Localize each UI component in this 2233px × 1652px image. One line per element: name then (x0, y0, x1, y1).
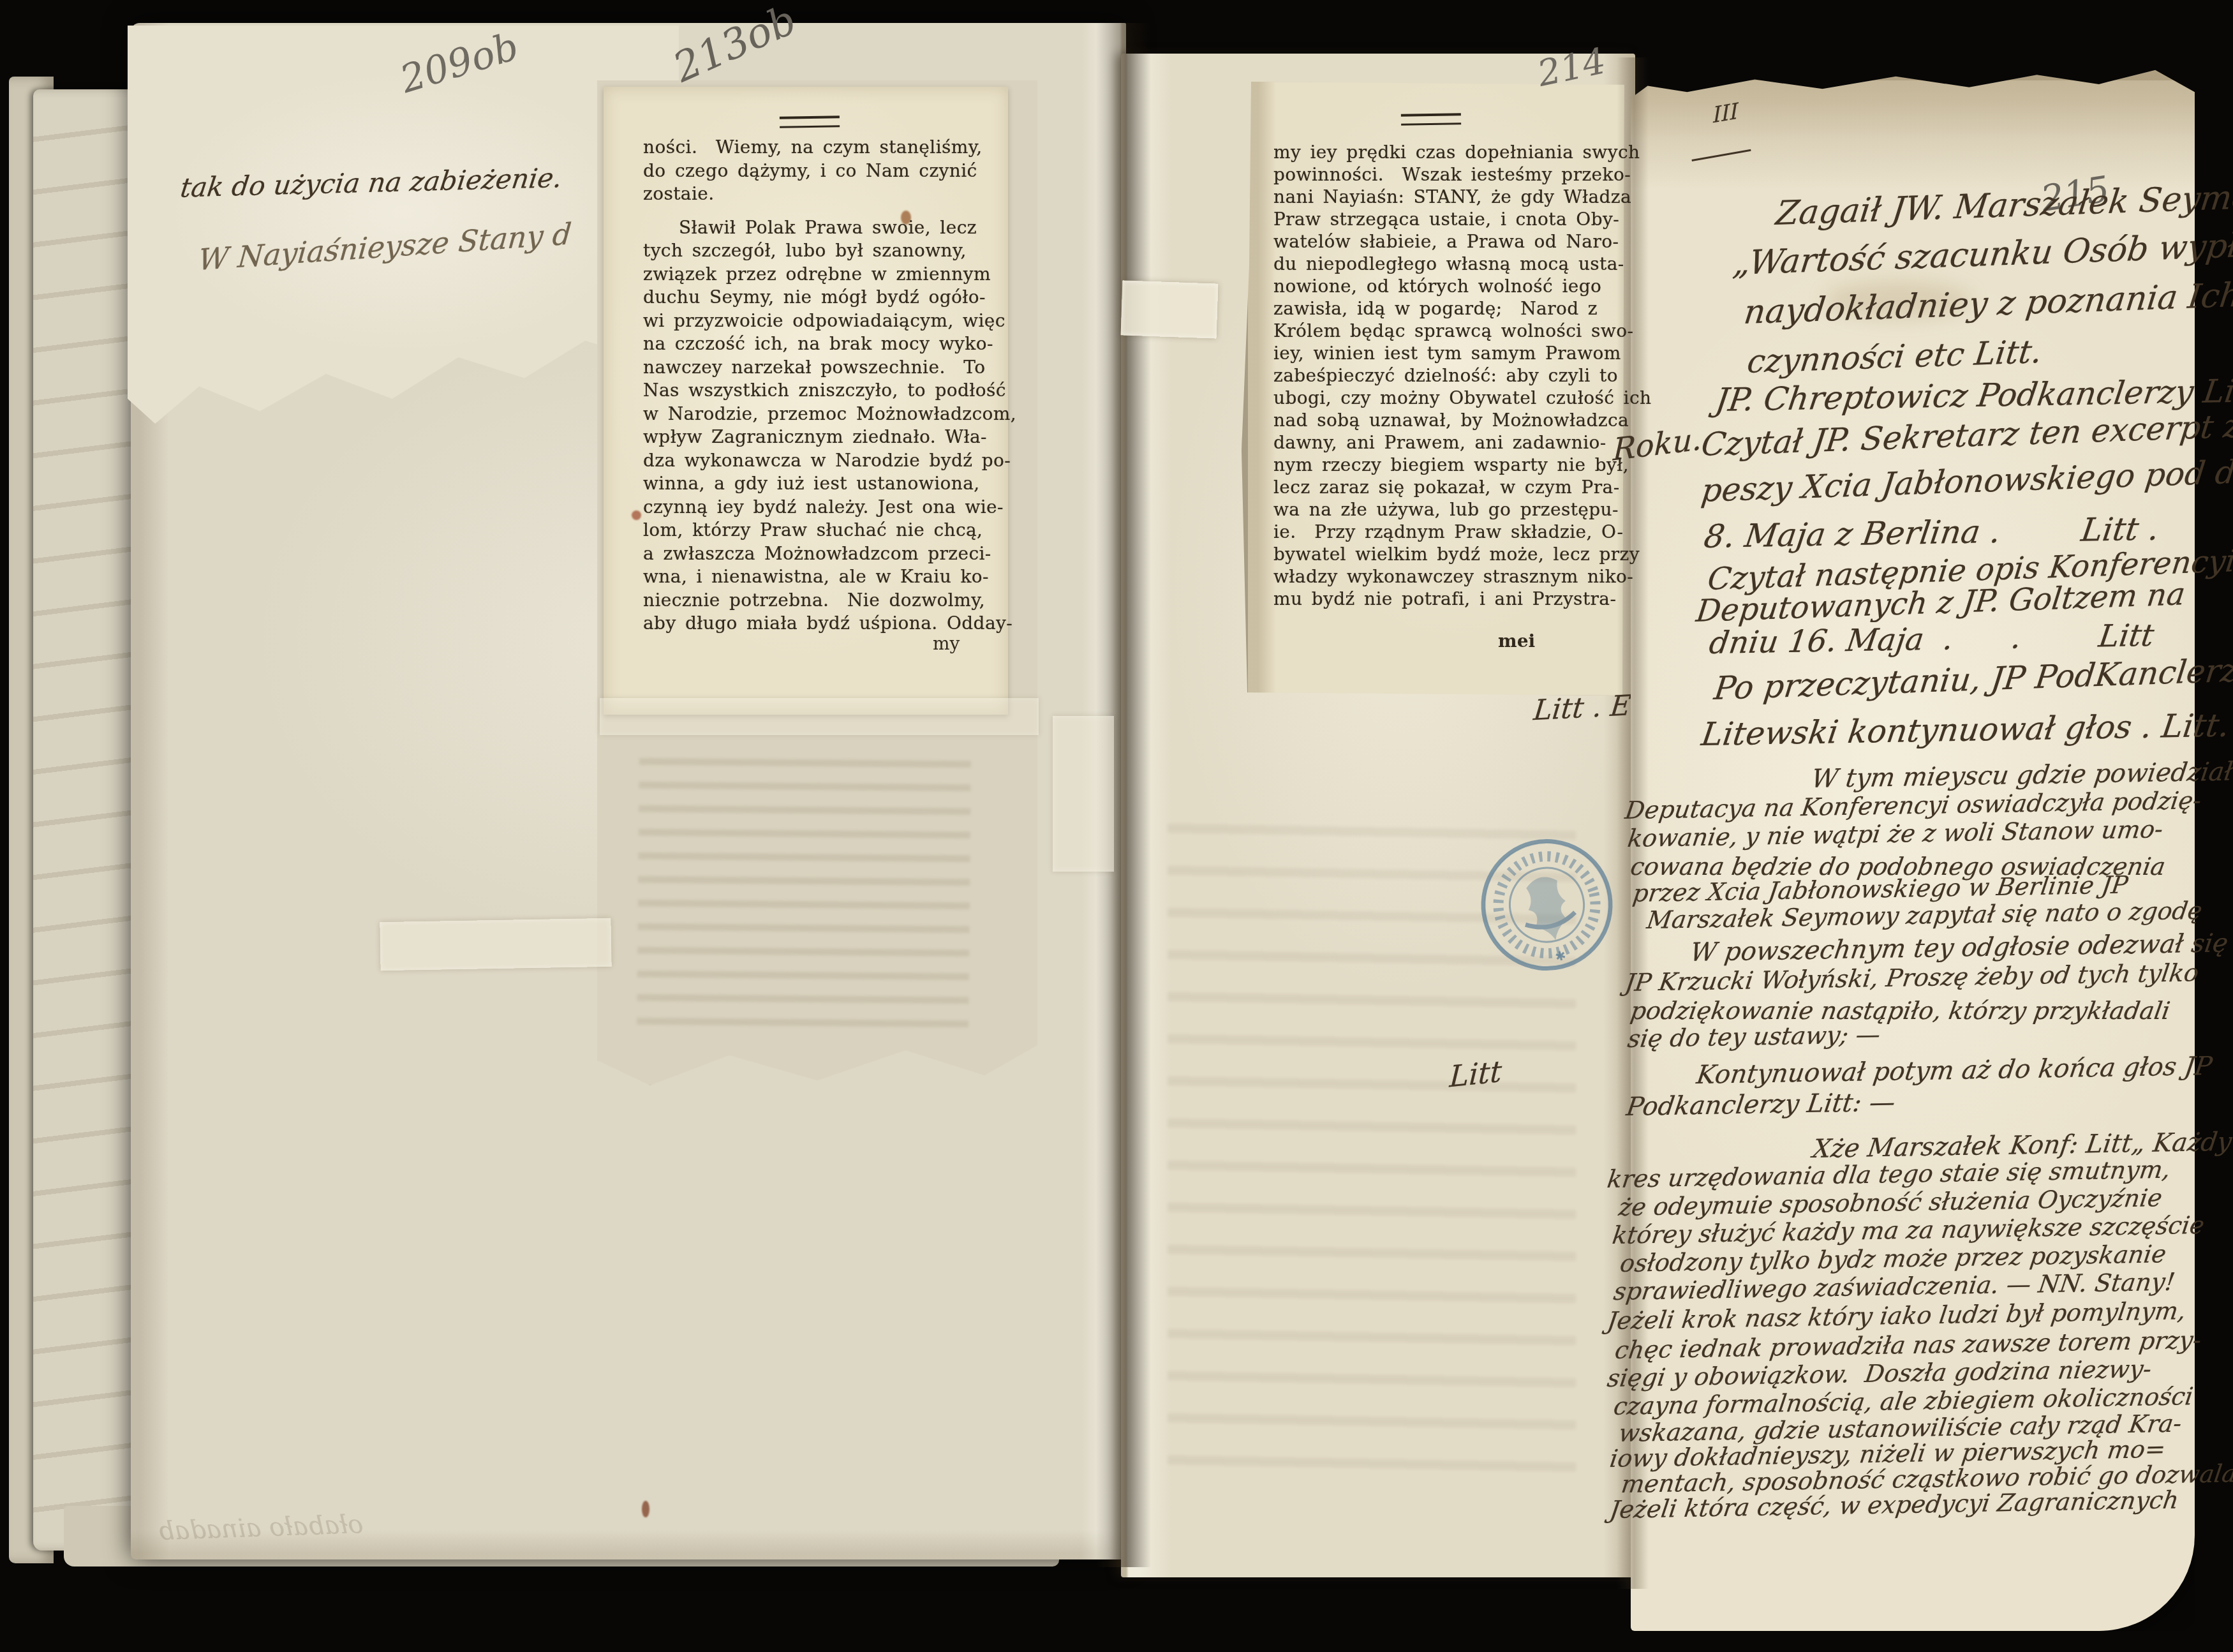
printed-line: ubogi, czy możny Obywatel czułość ich (1273, 387, 1651, 408)
printed-line: nani Nayiaśn: STANY, że gdy Władza (1273, 186, 1631, 207)
printed-line: a zwłaszcza Możnowładzcom przeci- (643, 543, 991, 564)
printed-line: Praw strzegąca ustaie, i cnota Oby- (1273, 209, 1619, 230)
printed-line: aby długo miała bydź uśpiona. Odday- (643, 613, 1013, 634)
manuscript-line: Podkanclerzy Litt: — (1626, 1088, 1895, 1122)
clipping-2-catchword: mei (1498, 630, 1535, 651)
printed-line: Królem będąc sprawcą wolności swo- (1273, 320, 1633, 341)
clipping-2-divider (1401, 113, 1461, 126)
printed-line: duchu Seymy, nie mógł bydź ogóło- (643, 286, 986, 308)
printed-line: Sławił Polak Prawa swoie, lecz (679, 217, 977, 238)
printed-line: lecz zaraz się pokazał, w czym Pra- (1273, 477, 1620, 498)
printed-line: zawisła, idą w pogardę; Narod z (1273, 298, 1598, 319)
printed-line: do czego dążymy, i co Nam czynić (643, 160, 977, 181)
printed-line: powinności. Wszak iesteśmy przeko- (1273, 164, 1631, 185)
litt-text: Litt (1448, 1053, 1502, 1094)
tape-strip-under-clipping (600, 698, 1039, 735)
printed-line: lom, którzy Praw słuchać nie chcą, (643, 519, 983, 540)
tape-strip-vertical (1053, 716, 1114, 872)
printed-line: dawny, ani Prawem, ani zadawnio- (1273, 432, 1606, 453)
section-mark-text: III (1713, 98, 1739, 128)
tape-strip-left (380, 918, 611, 971)
foxing-stain (632, 510, 641, 520)
printed-line: mu bydź nie potrafi, i ani Przystra- (1273, 588, 1616, 609)
printed-line: iey, winien iest tym samym Prawom (1273, 343, 1621, 364)
printed-line: nowione, od których wolność iego (1273, 276, 1601, 297)
printed-line: my iey prędki czas dopełniania swych (1273, 142, 1640, 163)
printed-line: watelów słabieie, a Prawa od Naro- (1273, 231, 1619, 252)
printed-line: nad sobą uznawał, by Możnowładzca (1273, 410, 1629, 431)
printed-line: wi przyzwoicie odpowiadaiącym, więc (643, 310, 1005, 331)
manuscript-line-text: się do tey ustawy; — (1626, 1020, 1883, 1053)
printed-line: ności. Wiemy, na czym stanęliśmy, (643, 137, 983, 158)
printed-line: niecznie potrzebna. Nie dozwolmy, (643, 590, 985, 611)
printed-line: na czczość ich, na brak mocy wyko- (643, 333, 993, 354)
printed-line: du niepodległego własną mocą usta- (1273, 253, 1624, 274)
printed-line: Nas wszystkich zniszczyło, to podłość (643, 380, 1006, 401)
printed-line: bywatel wielkim bydź może, lecz przy (1273, 544, 1640, 565)
clipping-1-divider (780, 115, 840, 128)
printed-line: wa na złe używa, lub go przestępu- (1273, 499, 1619, 520)
showthrough-print-block (637, 745, 971, 1042)
printed-line: nawczey narzekał powszechnie. To (643, 357, 985, 378)
printed-line: tych szczegół, lubo był szanowny, (643, 240, 967, 261)
printed-line: wpływ Zagranicznym ziednało. Wła- (643, 426, 987, 447)
clipping-1-catchword: my (933, 633, 960, 654)
printed-line: związek przez odrębne w zmiennym (643, 264, 991, 285)
printed-line: dza wykonawcza w Narodzie bydź po- (643, 450, 1011, 471)
manuscript-line: podziękowanie nastąpiło, którzy przykład… (1631, 997, 2170, 1025)
margin-note-litt: Litt (1407, 1020, 1507, 1132)
tape-strip-gutter (1121, 280, 1219, 338)
printed-line: wna, i nienawistna, ale w Kraiu ko- (643, 566, 989, 587)
manuscript-scan: 209ob tak do użycia na zabieżenie. W Nay… (0, 0, 2233, 1652)
printed-line: władzy wykonawczey strasznym niko- (1273, 566, 1633, 587)
printed-line: czynną iey bydź należy. Jest ona wie- (643, 496, 1004, 517)
printed-line: zostaie. (643, 183, 715, 204)
note-line2-text: W Nayiaśnieysze Stany d (197, 216, 572, 277)
manuscript-line: się do tey ustawy; — (1628, 1020, 1880, 1053)
manuscript-line-text: Podkanclerzy Litt: — (1624, 1088, 1897, 1122)
foxing-stain (642, 1501, 649, 1517)
printed-line: winna, a gdy iuż iest ustanowiona, (643, 473, 980, 494)
printed-line: nym rzeczy biegiem wsparty nie był, (1273, 454, 1629, 475)
printed-line: w Narodzie, przemoc Możnowładzcom, (643, 403, 1016, 424)
printed-line: zabeśpieczyć dzielność: aby czyli to (1273, 365, 1618, 386)
manuscript-line-text: podziękowanie nastąpiło, którzy przykład… (1629, 997, 2172, 1025)
printed-line: ie. Przy rządnym Praw składzie, O- (1273, 521, 1623, 542)
